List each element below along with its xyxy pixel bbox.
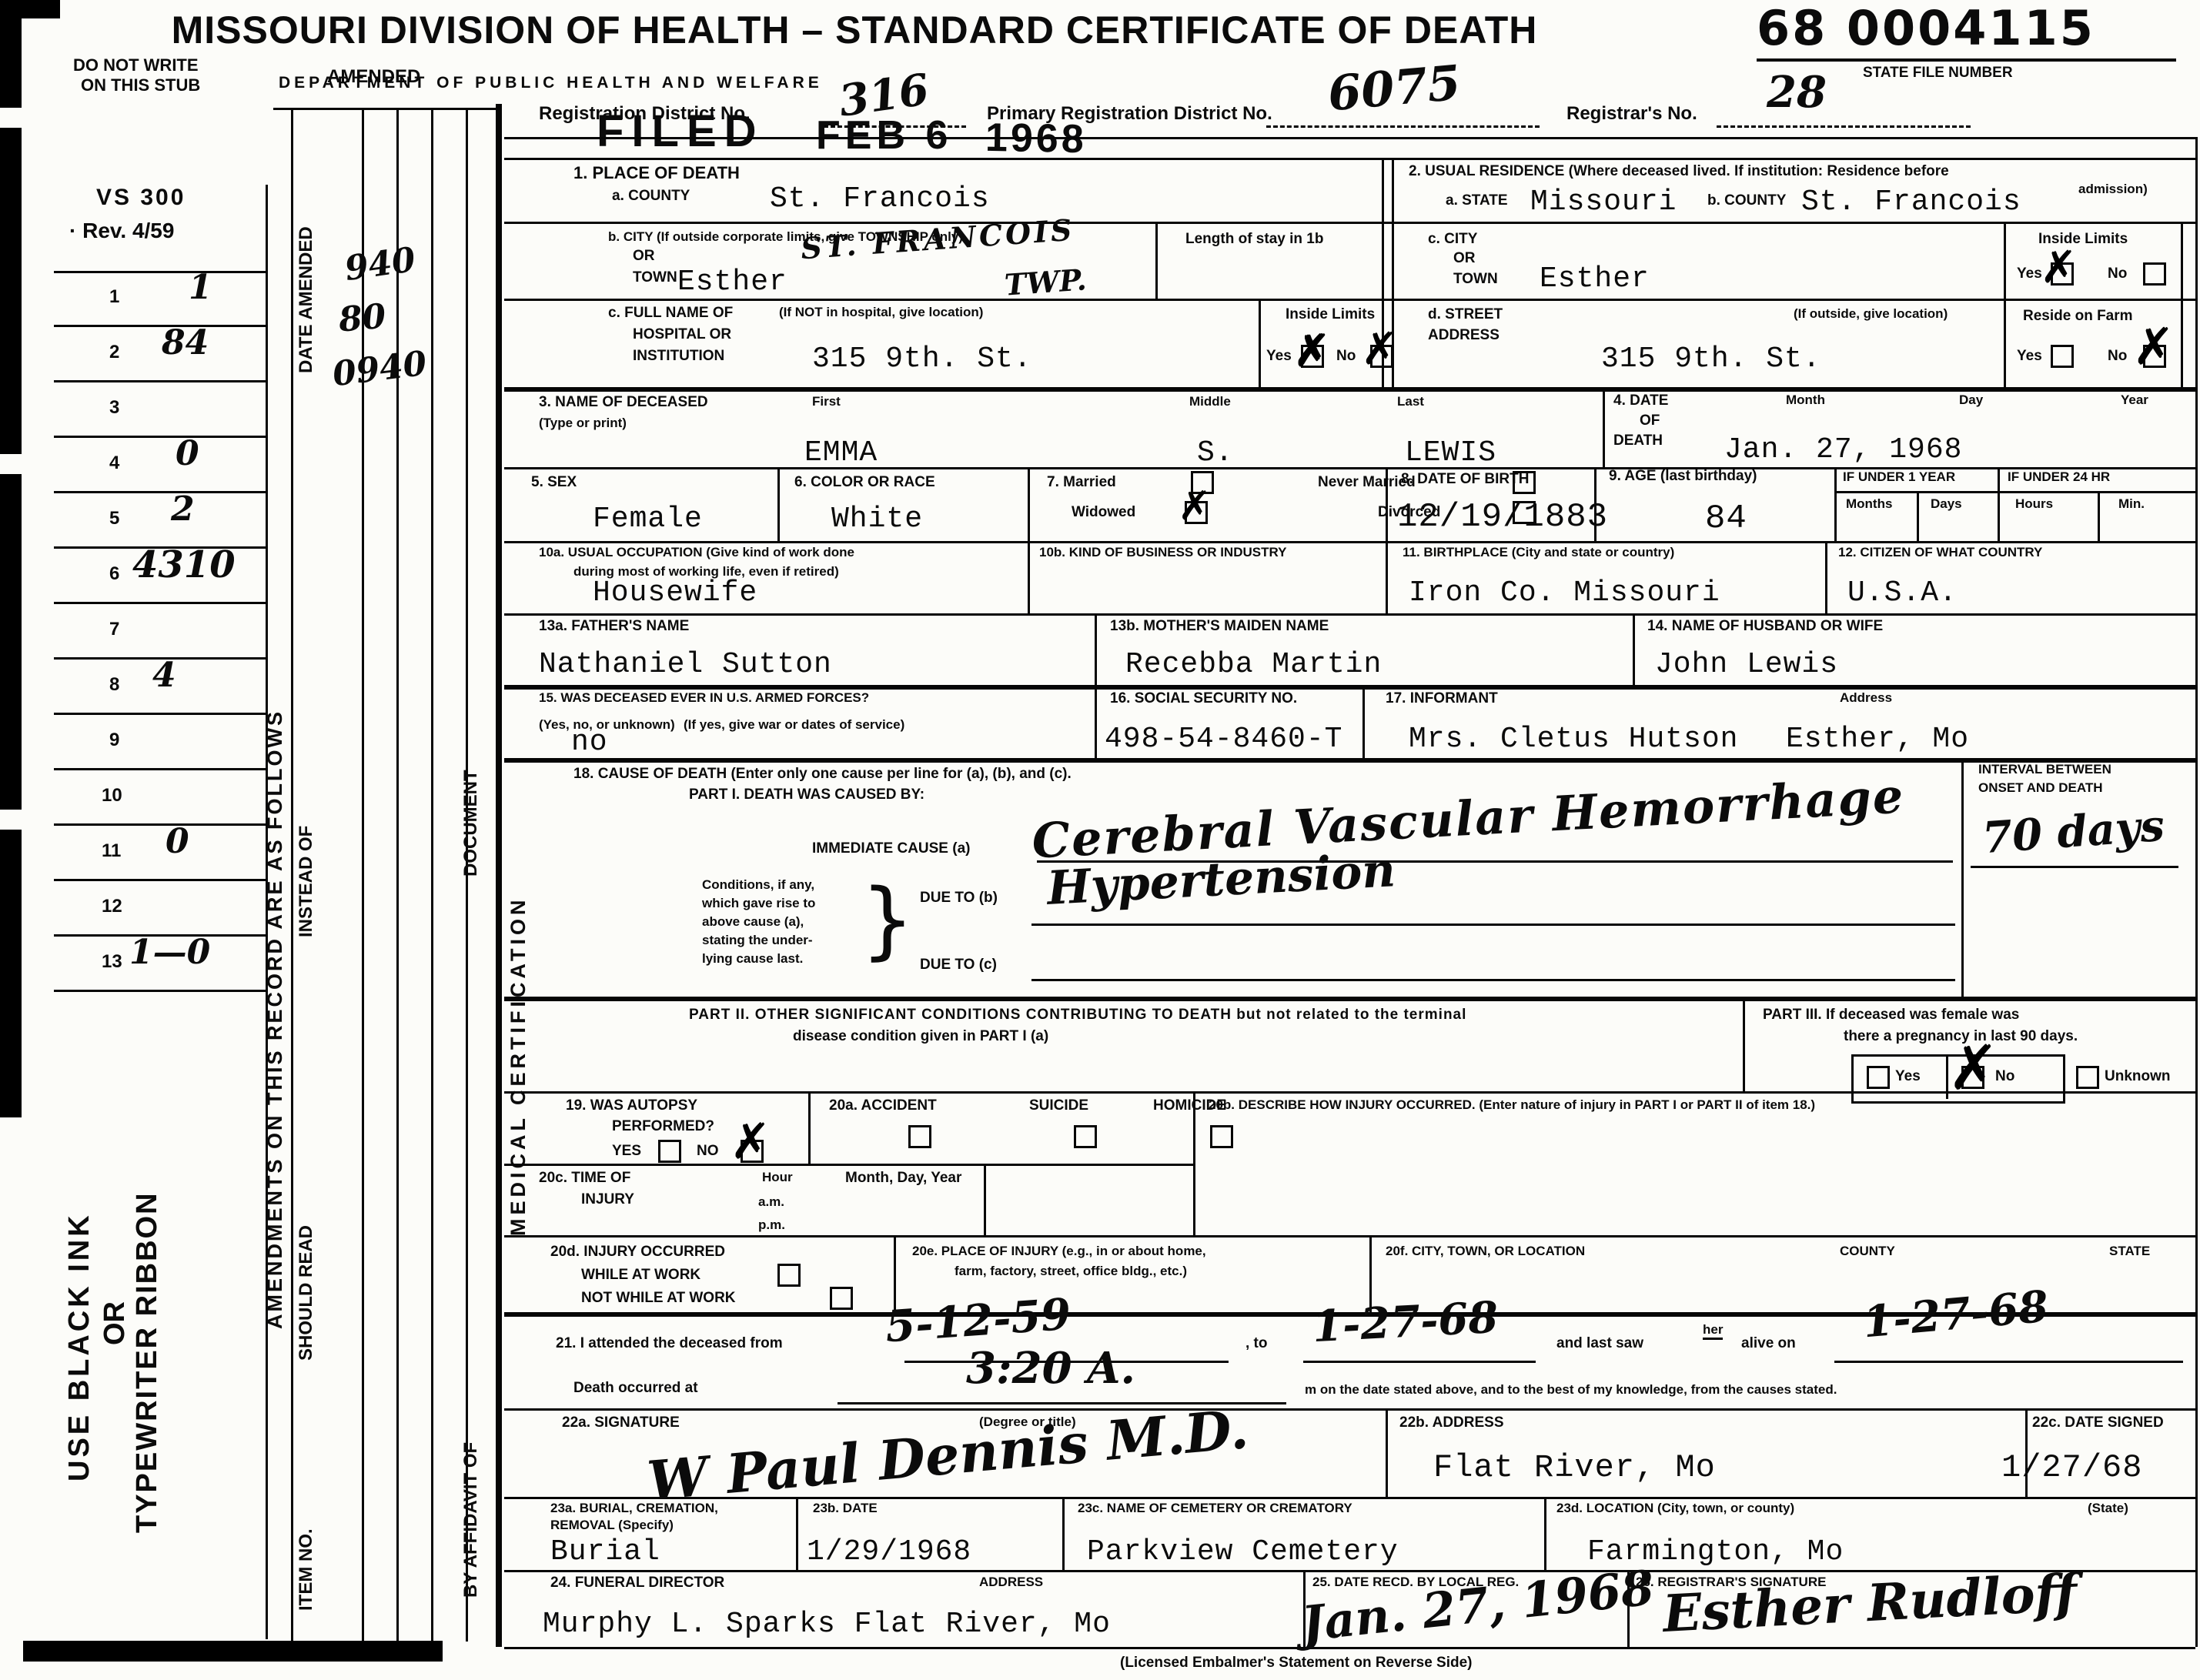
- field6-value: White: [831, 505, 923, 534]
- line: [1834, 467, 1837, 541]
- am-label: a.m.: [758, 1194, 784, 1210]
- field21-label1: 21. I attended the deceased from: [556, 1335, 783, 1353]
- death-occurred-label: Death occurred at: [573, 1380, 698, 1398]
- attended-from-handwritten: 5-12-59: [884, 1294, 1072, 1348]
- line: [1155, 222, 1158, 299]
- stub-row-value: 84: [162, 326, 209, 360]
- amended-label: AMENDED: [327, 66, 420, 88]
- stub-row-num: 1: [109, 286, 119, 308]
- checkbox-x-mark: ✗: [2132, 322, 2175, 372]
- field17-label: 17. INFORMANT: [1386, 690, 1498, 708]
- line: [1031, 923, 1955, 926]
- pregnancy-yes-label: Yes: [1895, 1068, 1921, 1086]
- stub-row-value: 2: [171, 493, 195, 526]
- line: [1386, 1408, 1388, 1497]
- field1b-label-town: TOWN: [633, 269, 677, 287]
- form-right-border: [2195, 137, 2198, 1647]
- field8-label: 8. DATE OF BIRTH: [1401, 471, 1529, 489]
- registrar-no-value-handwritten: 28: [1767, 72, 1827, 113]
- line: [1834, 491, 2195, 493]
- field4-day-header: Day: [1959, 392, 1983, 408]
- reside-on-farm-yes-label: Yes: [2017, 348, 2042, 366]
- field1-inside-limits-no-label: No: [1336, 348, 1356, 366]
- field4-label2: OF: [1640, 412, 1660, 430]
- scan-bar: [23, 1641, 443, 1662]
- line: [1062, 1497, 1065, 1570]
- field24-label: 24. FUNERAL DIRECTOR: [550, 1575, 724, 1592]
- due-to-b-label: DUE TO (b): [920, 890, 998, 907]
- field20a-accident-label: 20a. ACCIDENT: [829, 1097, 937, 1115]
- interval-label1: INTERVAL BETWEEN: [1978, 762, 2111, 777]
- field4-month-header: Month: [1786, 392, 1825, 408]
- field1c-value: 315 9th. St.: [812, 345, 1032, 374]
- field9-value: 84: [1705, 502, 1747, 536]
- field23d-label: 23d. LOCATION (City, town, or county): [1556, 1501, 1794, 1516]
- line: [2181, 222, 2183, 387]
- stub-row-num: 12: [102, 896, 122, 917]
- field23a-value: Burial: [550, 1538, 660, 1567]
- field6-label: 6. COLOR OR RACE: [794, 474, 935, 492]
- stub-warning-line2: ON THIS STUB: [81, 75, 200, 95]
- field17-value: Mrs. Cletus Hutson: [1409, 725, 1738, 754]
- attended-to-handwritten: 1-27-68: [1312, 1298, 1500, 1348]
- stub-row-num: 3: [109, 397, 119, 419]
- field7-widowed-label: Widowed: [1072, 504, 1135, 522]
- amendments-vertical-label: AMENDMENTS ON THIS RECORD ARE AS FOLLOWS: [263, 539, 287, 1501]
- part2-label2: disease condition given in PART I (a): [793, 1028, 1048, 1046]
- field9-label: 9. AGE (last birthday): [1609, 468, 1757, 486]
- field2b-label: b. COUNTY: [1707, 192, 1786, 210]
- conditions-brace: }: [861, 877, 914, 962]
- last-alive-handwritten: 1-27-68: [1861, 1287, 2050, 1344]
- field8-value: 12/19/1883: [1397, 500, 1608, 534]
- field23a-label1: 23a. BURIAL, CREMATION,: [550, 1501, 718, 1516]
- field23c-label: 23c. NAME OF CEMETERY OR CREMATORY: [1078, 1501, 1352, 1516]
- autopsy-no-label: NO: [697, 1143, 719, 1161]
- stub-row-value: 4310: [132, 546, 236, 583]
- line: [504, 1235, 2195, 1237]
- immediate-cause-label: IMMEDIATE CAUSE (a): [812, 840, 970, 858]
- field21-label3: alive on: [1741, 1335, 1796, 1353]
- field2-inside-limits-no-label: No: [2108, 266, 2127, 283]
- field17-address-value: Esther, Mo: [1786, 725, 1969, 754]
- field15-label: 15. WAS DECEASED EVER IN U.S. ARMED FORC…: [539, 690, 869, 706]
- pm-label: p.m.: [758, 1217, 785, 1233]
- film-notch: [0, 108, 22, 128]
- reside-on-farm-no-label: No: [2108, 348, 2127, 366]
- line: [504, 158, 2195, 160]
- field3-last-header: Last: [1397, 394, 1424, 409]
- line: [54, 823, 266, 826]
- instead-of-vertical-label: INSTEAD OF: [296, 770, 317, 993]
- line: [1633, 613, 1635, 685]
- checkbox-x-mark: ✗: [730, 1117, 771, 1167]
- line: [504, 997, 2195, 1001]
- line: [808, 1091, 811, 1164]
- field2-inside-limits-yes-label: Yes: [2017, 266, 2042, 283]
- field2d-label: d. STREET: [1428, 306, 1503, 324]
- stub-row-num: 2: [109, 342, 119, 363]
- line: [54, 602, 266, 604]
- stub-row-value: 4: [152, 659, 176, 693]
- line: [777, 467, 780, 541]
- line: [504, 1408, 2195, 1411]
- field2-inside-limits-no-checkbox: [2143, 262, 2166, 286]
- line: [1259, 299, 1261, 387]
- stub-row-value: 1: [189, 271, 212, 305]
- field23b-label: 23b. DATE: [813, 1501, 878, 1516]
- line: [291, 108, 293, 1642]
- stub-row-value: 0: [176, 437, 199, 471]
- checkbox-x-mark: ✗: [1948, 1037, 1999, 1099]
- field22b-label: 22b. ADDRESS: [1399, 1414, 1504, 1432]
- autopsy-yes-checkbox: [658, 1140, 681, 1163]
- field3-middle-header: Middle: [1189, 394, 1231, 409]
- field2d-label2: ADDRESS: [1428, 327, 1500, 345]
- field20e-label2: farm, factory, street, office bldg., etc…: [955, 1264, 1187, 1279]
- field14-value: John Lewis: [1655, 650, 1838, 680]
- length-of-stay-label: Length of stay in 1b: [1185, 231, 1323, 249]
- stub-row-num: 6: [109, 563, 119, 585]
- stub-row-num: 9: [109, 730, 119, 751]
- primary-district-value-handwritten: 6075: [1326, 61, 1463, 118]
- not-while-at-work-checkbox: [830, 1287, 853, 1310]
- line: [504, 685, 2195, 690]
- field14-label: 14. NAME OF HUSBAND OR WIFE: [1647, 618, 1883, 636]
- death-certificate-scan: MISSOURI DIVISION OF HEALTH – STANDARD C…: [0, 0, 2200, 1680]
- line: [54, 768, 266, 770]
- line: [2098, 491, 2100, 541]
- hour-label: Hour: [762, 1170, 793, 1185]
- stub-row-value: 1—0: [129, 936, 210, 970]
- field19-label1: 19. WAS AUTOPSY: [566, 1097, 697, 1115]
- field5-value: Female: [593, 505, 703, 534]
- field18-label: 18. CAUSE OF DEATH (Enter only one cause…: [573, 766, 1072, 783]
- field3-sublabel: (Type or print): [539, 416, 627, 431]
- field1a-label: a. COUNTY: [612, 188, 690, 205]
- line: [54, 546, 266, 549]
- stub-row-num: 8: [109, 674, 119, 696]
- line: [504, 541, 2195, 543]
- film-edge: [0, 0, 22, 1117]
- reside-on-farm-label: Reside on Farm: [2023, 308, 2133, 326]
- while-at-work-checkbox: [777, 1264, 801, 1287]
- use-black-ink-label-line1: USE BLACK INK: [63, 1116, 96, 1578]
- line: [54, 990, 266, 992]
- field21-her-label: her: [1703, 1322, 1723, 1340]
- field1c-paren: (If NOT in hospital, give location): [779, 305, 983, 320]
- line: [54, 380, 266, 382]
- if-under-24hr-label: IF UNDER 24 HR: [2008, 469, 2110, 485]
- field22b-value: Flat River, Mo: [1433, 1451, 1716, 1484]
- line: [54, 713, 266, 715]
- suicide-checkbox: [1074, 1125, 1097, 1148]
- field1-inside-limits-label: Inside Limits: [1286, 306, 1375, 324]
- line: [1961, 758, 1964, 997]
- line: [504, 613, 2195, 616]
- min-header: Min.: [2118, 496, 2145, 512]
- field2c-value: Esther: [1540, 265, 1650, 294]
- field20f-state-header: STATE: [2109, 1244, 2150, 1259]
- should-read-vertical-label: SHOULD READ: [296, 1177, 317, 1408]
- field12-value: U.S.A.: [1847, 579, 1958, 608]
- field10a-value: Housewife: [593, 579, 757, 608]
- field2c-label-town: TOWN: [1453, 271, 1498, 289]
- stub-row-num: 10: [102, 785, 122, 807]
- line: [54, 436, 266, 438]
- field15-label3: (If yes, give war or dates of service): [684, 717, 904, 733]
- field4-label1: 4. DATE: [1613, 392, 1668, 410]
- conditions-label4: stating the under-: [702, 933, 813, 948]
- field23a-label2: REMOVAL (Specify): [550, 1518, 674, 1533]
- line: [1825, 541, 1827, 613]
- line: [504, 387, 2195, 392]
- part3-label1: PART III. If deceased was female was: [1763, 1007, 2019, 1024]
- line: [54, 879, 266, 881]
- film-notch: [0, 454, 22, 474]
- item-no-vertical-label: ITEM NO.: [296, 1493, 317, 1647]
- state-file-number: 68 0004115: [1757, 5, 2095, 52]
- month-day-year-label: Month, Day, Year: [845, 1170, 961, 1187]
- line: [54, 491, 266, 493]
- field2-label-wrap: admission): [2078, 182, 2148, 197]
- use-black-ink-label-line3: TYPEWRITER RIBBON: [131, 1077, 164, 1647]
- field2a-value: Missouri: [1530, 188, 1677, 217]
- interval-value-handwritten: 70 days: [1981, 806, 2165, 860]
- dotted-line: [1266, 125, 1540, 128]
- homicide-checkbox: [1210, 1125, 1233, 1148]
- field11-label: 11. BIRTHPLACE (City and state or countr…: [1403, 545, 1674, 560]
- field2-label: 2. USUAL RESIDENCE (Where deceased lived…: [1409, 163, 1949, 181]
- form-title: MISSOURI DIVISION OF HEALTH – STANDARD C…: [131, 11, 1578, 49]
- line: [1971, 866, 2178, 868]
- stub-row-num: 4: [109, 453, 119, 474]
- field20a-suicide-label: SUICIDE: [1029, 1097, 1088, 1115]
- field16-value: 498-54-8460-T: [1105, 725, 1342, 754]
- field16-label: 16. SOCIAL SECURITY NO.: [1110, 690, 1297, 708]
- autopsy-yes-label: YES: [612, 1143, 641, 1161]
- field2c-label: c. CITY: [1428, 231, 1477, 249]
- stub-row-num: 11: [102, 840, 121, 862]
- conditions-label1: Conditions, if any,: [702, 877, 814, 893]
- field20d-label1: 20d. INJURY OCCURRED: [550, 1244, 725, 1261]
- months-header: Months: [1846, 496, 1892, 512]
- medical-certification-vertical-label: MEDICAL CERTIFICATION: [507, 770, 530, 1362]
- field19-label2: PERFORMED?: [612, 1118, 714, 1136]
- stub-form-no: VS 300: [96, 185, 186, 211]
- field13b-value: Recebba Martin: [1125, 650, 1382, 680]
- field22a-label: 22a. SIGNATURE: [562, 1414, 680, 1432]
- field20d-label2: WHILE AT WORK: [581, 1267, 700, 1284]
- field1c-label2: HOSPITAL OR: [633, 326, 731, 344]
- scan-blotch: [0, 0, 60, 18]
- field1c-label: c. FULL NAME OF: [608, 305, 733, 322]
- checkbox-x-mark: ✗: [1361, 326, 1399, 371]
- field23d-state-label: (State): [2088, 1501, 2128, 1516]
- due-to-c-label: DUE TO (c): [920, 957, 997, 974]
- cause-b-handwritten: Hypertension: [1046, 849, 1396, 911]
- field13a-value: Nathaniel Sutton: [539, 650, 832, 680]
- line: [1362, 685, 1365, 758]
- line: [1998, 467, 2000, 541]
- line: [796, 1497, 798, 1570]
- line: [54, 934, 266, 937]
- line: [54, 271, 266, 273]
- pregnancy-unknown-checkbox: [2076, 1066, 2099, 1089]
- reside-on-farm-yes-checkbox: [2051, 345, 2074, 368]
- line: [984, 1164, 986, 1235]
- field22c-label: 22c. DATE SIGNED: [2032, 1414, 2164, 1432]
- line: [504, 222, 2195, 224]
- conditions-label2: which gave rise to: [702, 896, 815, 911]
- if-under-1-year-label: IF UNDER 1 YEAR: [1843, 469, 1955, 485]
- line: [1095, 613, 1097, 758]
- line: [1031, 979, 1955, 981]
- line: [1303, 1361, 1536, 1363]
- amended-scribble: 80: [337, 299, 387, 337]
- hours-header: Hours: [2015, 496, 2053, 512]
- line: [1743, 997, 1745, 1091]
- film-notch: [0, 810, 22, 830]
- field20f-label: 20f. CITY, TOWN, OR LOCATION: [1386, 1244, 1585, 1259]
- field24-address-header: ADDRESS: [979, 1575, 1043, 1590]
- field1c-label3: INSTITUTION: [633, 348, 724, 366]
- field7-married-label: 7. Married: [1047, 474, 1116, 492]
- field1b-value: Esther: [677, 268, 787, 297]
- amended-scribble: 0940: [331, 347, 429, 392]
- dotted-line: [1717, 125, 1971, 128]
- document-vertical-label: DOCUMENT: [460, 723, 482, 923]
- field3-first-header: First: [812, 394, 841, 409]
- line: [504, 299, 2195, 301]
- stub-row-num: 13: [102, 951, 122, 973]
- by-affidavit-vertical-label: BY AFFIDAVIT OF: [460, 1393, 482, 1647]
- embalmer-note: (Licensed Embalmer's Statement on Revers…: [1120, 1655, 1473, 1672]
- line: [54, 325, 266, 327]
- field1b-township-handwritten2: TWP.: [1004, 265, 1088, 299]
- field3-last-value: LEWIS: [1405, 439, 1496, 468]
- field2d-value: 315 9th. St.: [1601, 345, 1821, 374]
- conditions-label5: lying cause last.: [702, 951, 803, 967]
- amended-scribble: 940: [343, 243, 417, 286]
- field4-label3: DEATH: [1613, 433, 1663, 450]
- pregnancy-no-label: No: [1995, 1068, 2014, 1086]
- line: [1757, 58, 2176, 62]
- field1-label: 1. PLACE OF DEATH: [573, 163, 740, 182]
- line: [1917, 491, 1919, 541]
- death-time-handwritten: 3:20 A.: [966, 1348, 1135, 1389]
- stub-warning-line1: DO NOT WRITE: [73, 55, 199, 75]
- date-amended-vertical-label: DATE AMENDED: [296, 154, 317, 446]
- stub-row-num: 7: [109, 619, 119, 640]
- field23b-value: 1/29/1968: [807, 1538, 971, 1567]
- line: [273, 108, 497, 110]
- line: [1028, 467, 1030, 613]
- checkbox-x-mark: ✗: [1293, 329, 1329, 372]
- filed-stamp: FILED: [597, 109, 764, 154]
- field20f-county-header: COUNTY: [1840, 1244, 1895, 1259]
- field21-label5: m on the date stated above, and to the b…: [1305, 1382, 1837, 1398]
- line: [1603, 387, 1605, 467]
- form-left-border: [496, 104, 502, 1647]
- line: [2004, 222, 2006, 387]
- field10a-label: 10a. USUAL OCCUPATION (Give kind of work…: [539, 545, 854, 560]
- field22c-value: 1/27/68: [2001, 1451, 2142, 1484]
- field13b-label: 13b. MOTHER'S MAIDEN NAME: [1110, 618, 1329, 636]
- field20d-label3: NOT WHILE AT WORK: [581, 1290, 736, 1308]
- field12-label: 12. CITIZEN OF WHAT COUNTRY: [1838, 545, 2042, 560]
- line: [431, 108, 433, 1642]
- registrar-no-label: Registrar's No.: [1566, 103, 1697, 125]
- cause-a-handwritten: Cerebral Vascular Hemorrhage: [1031, 773, 1905, 864]
- physician-signature-handwritten: W Paul Dennis M.D.: [646, 1404, 1251, 1507]
- field11-value: Iron Co. Missouri: [1409, 579, 1720, 608]
- conditions-label3: above cause (a),: [702, 914, 804, 930]
- field3-label: 3. NAME OF DECEASED: [539, 394, 708, 412]
- field20c-label1: 20c. TIME OF: [539, 1170, 630, 1187]
- checkbox-x-mark: ✗: [1178, 486, 1212, 526]
- field3-middle-value: S.: [1197, 439, 1234, 468]
- field17-address-header: Address: [1840, 690, 1892, 706]
- field3-first-value: EMMA: [804, 439, 878, 468]
- field20c-label2: INJURY: [581, 1191, 634, 1209]
- field4-value: Jan. 27, 1968: [1724, 436, 1962, 465]
- stub-revision: · Rev. 4/59: [69, 219, 174, 243]
- line: [504, 137, 2195, 139]
- field18-part1-label: PART I. DEATH WAS CAUSED BY:: [689, 787, 924, 804]
- part2-label1: PART II. OTHER SIGNIFICANT CONDITIONS CO…: [689, 1007, 1466, 1024]
- field23c-value: Parkview Cemetery: [1087, 1538, 1399, 1567]
- pregnancy-unknown-label: Unknown: [2105, 1068, 2171, 1086]
- stub-row-value: 0: [166, 825, 189, 859]
- line: [1544, 1497, 1546, 1570]
- accident-checkbox: [908, 1125, 931, 1148]
- field2c-label-or: OR: [1453, 250, 1476, 268]
- line: [504, 1164, 1193, 1166]
- field5-label: 5. SEX: [531, 474, 577, 492]
- field2d-paren: (If outside, give location): [1794, 306, 1948, 322]
- field2b-value: St. Francois: [1801, 188, 2021, 217]
- field15-value: no: [571, 728, 608, 757]
- field21-label2: and last saw: [1556, 1335, 1643, 1353]
- days-header: Days: [1931, 496, 1962, 512]
- field2a-label: a. STATE: [1446, 192, 1508, 210]
- field10b-label: 10b. KIND OF BUSINESS OR INDUSTRY: [1039, 545, 1286, 560]
- field1a-value: St. Francois: [770, 185, 990, 214]
- line: [396, 108, 399, 1642]
- stub-row-num: 5: [109, 508, 119, 529]
- use-black-ink-label-line2: OR: [99, 1278, 132, 1370]
- field13a-label: 13a. FATHER'S NAME: [539, 618, 689, 636]
- field1b-label-or: OR: [633, 248, 655, 266]
- field4-year-header: Year: [2121, 392, 2148, 408]
- line: [1834, 1361, 2183, 1363]
- interval-label2: ONSET AND DEATH: [1978, 780, 2103, 796]
- line: [54, 657, 266, 660]
- filed-stamp-date: FEB 6: [816, 112, 952, 159]
- line: [504, 758, 2195, 763]
- field20e-label1: 20e. PLACE OF INJURY (e.g., in or about …: [912, 1244, 1206, 1259]
- checkbox-x-mark: ✗: [2040, 245, 2078, 289]
- field21-to-label: , to: [1245, 1335, 1268, 1353]
- pregnancy-yes-checkbox: [1867, 1066, 1890, 1089]
- field1-inside-limits-yes-label: Yes: [1266, 348, 1292, 366]
- field24-value: Murphy L. Sparks Flat River, Mo: [543, 1610, 1111, 1639]
- state-file-label: STATE FILE NUMBER: [1863, 65, 2013, 82]
- field20b-label: 20b. DESCRIBE HOW INJURY OCCURRED. (Ente…: [1209, 1097, 1815, 1113]
